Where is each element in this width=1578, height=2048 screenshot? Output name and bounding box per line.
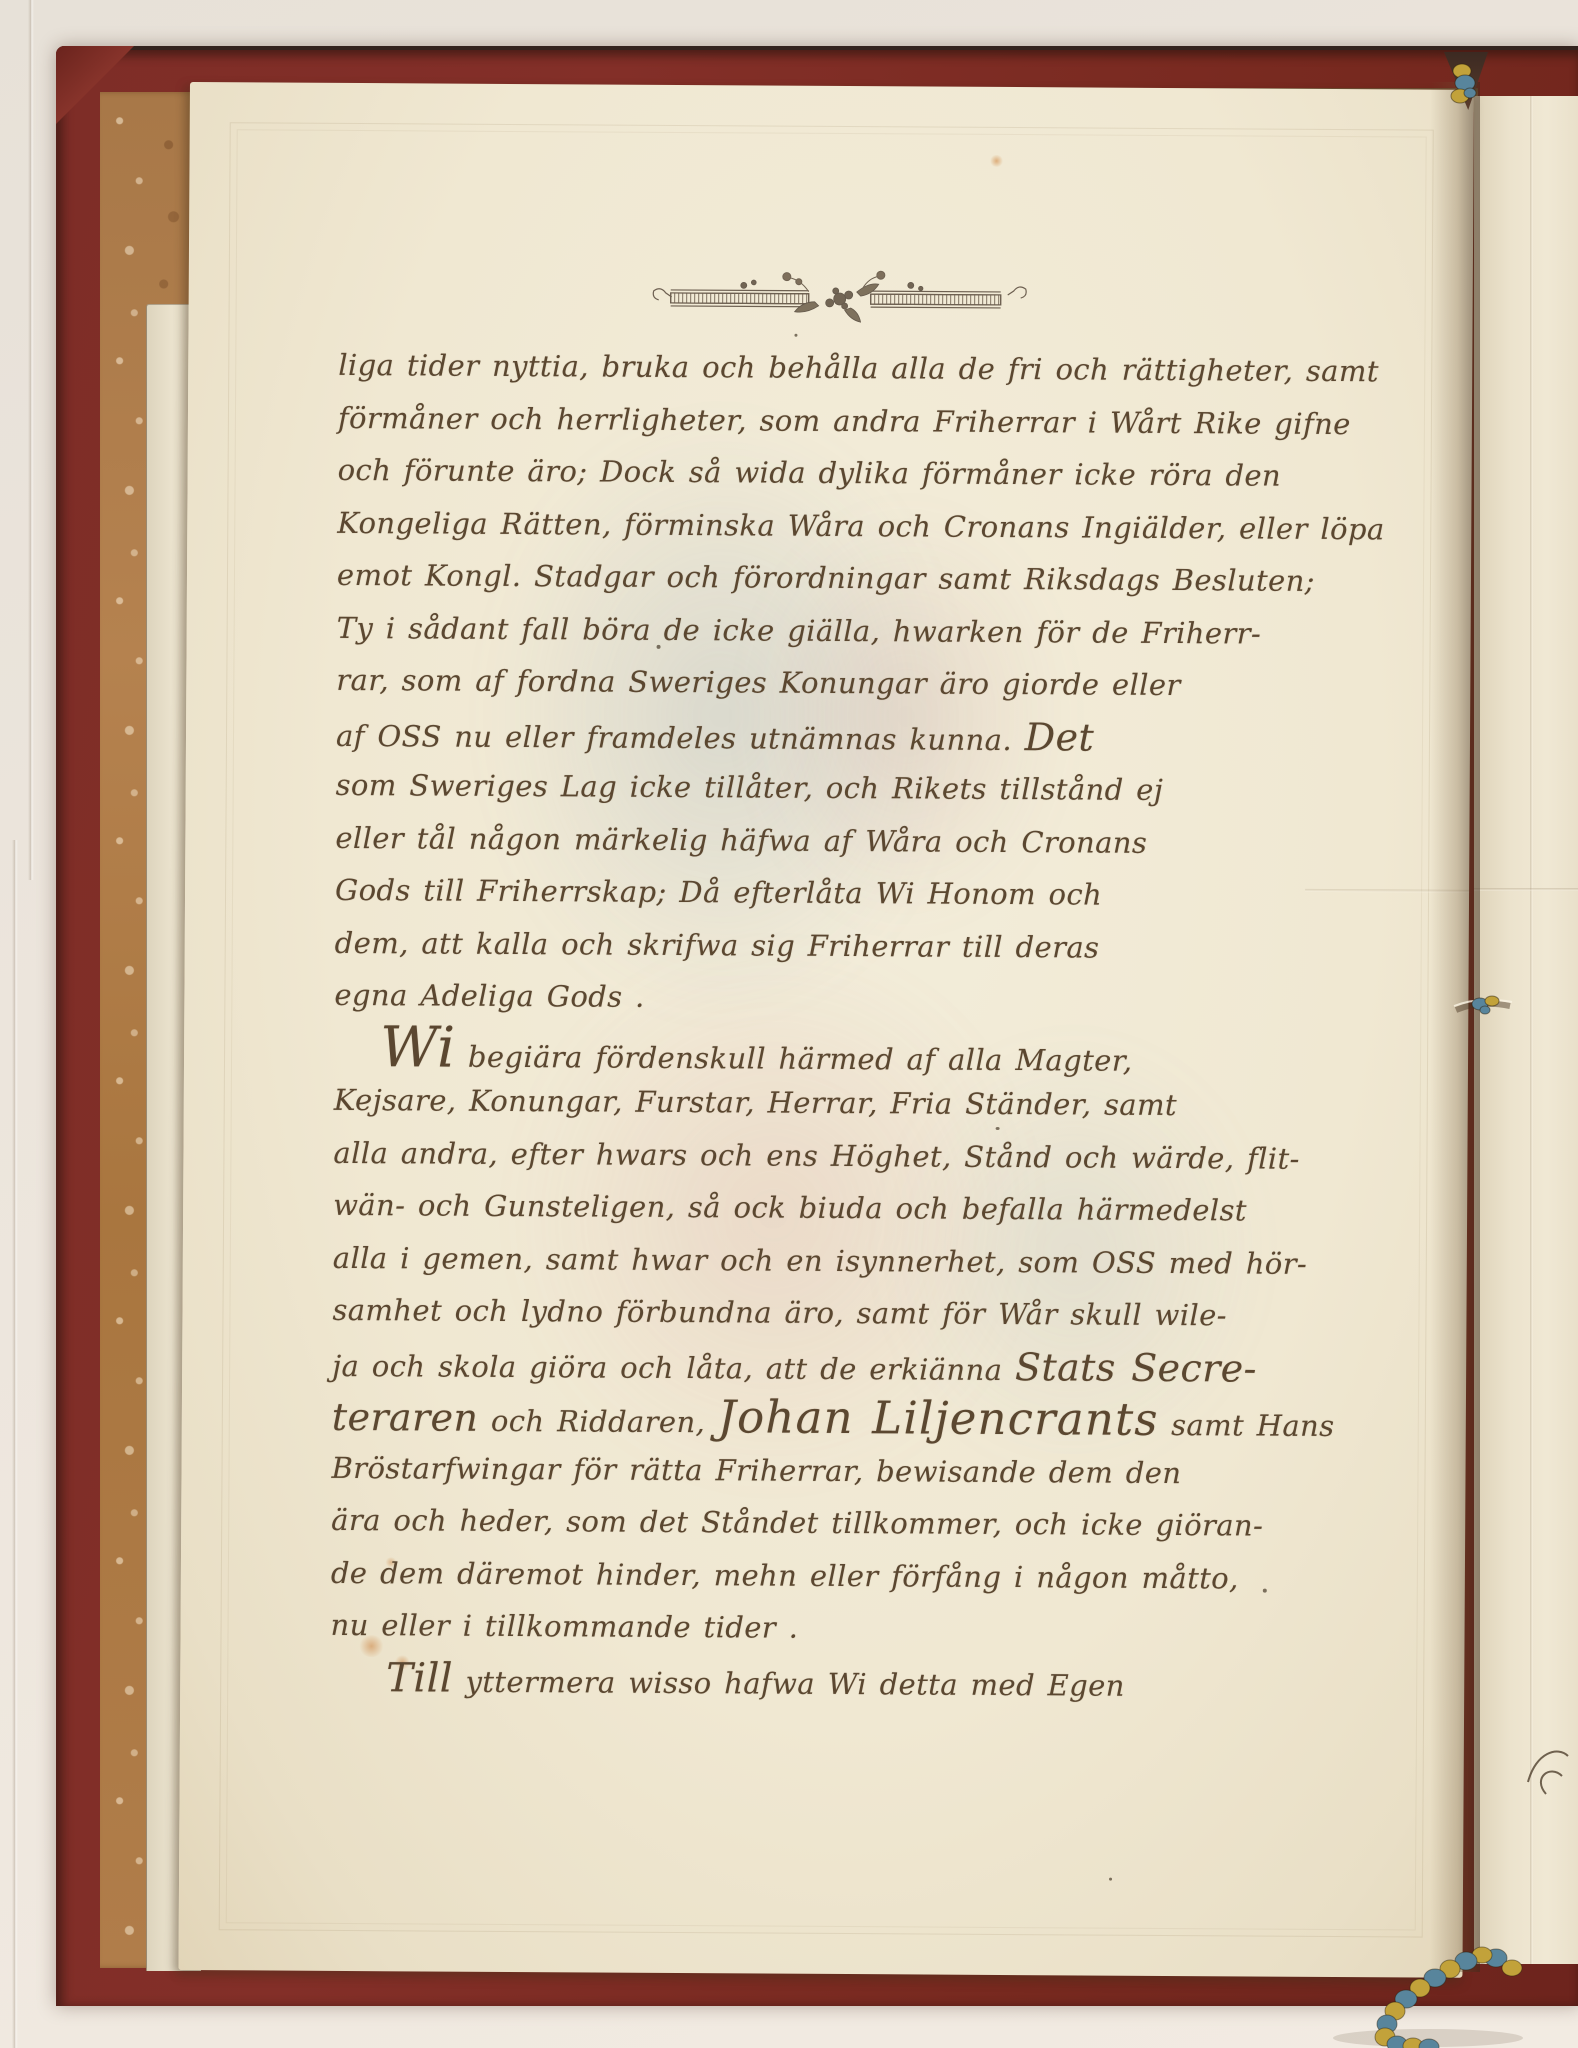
manuscript-line: Gods till Friherrskap; Då efterlåta Wi H… <box>335 864 1395 923</box>
manuscript-line: dem, att kalla och skrifwa sig Friherrar… <box>335 916 1395 975</box>
manuscript-line: liga tider nyttia, bruka och behålla all… <box>338 339 1398 398</box>
ink-speck <box>1109 1878 1112 1881</box>
manuscript-text-segment: eller tål någon märkelig häfwa af Wåra o… <box>335 820 1147 859</box>
manuscript-text-segment: emot Kongl. Stadgar och förordningar sam… <box>337 558 1315 598</box>
manuscript-line: förmåner och herrligheter, som andra Fri… <box>338 391 1398 450</box>
manuscript-text-segment: Ty i sådant fall böra de icke giälla, hw… <box>337 610 1262 650</box>
background-crease <box>12 840 18 2048</box>
foxing-stain <box>989 155 1003 167</box>
manuscript-text-segment: som Sweriges Lag icke tillåter, och Rike… <box>336 768 1164 807</box>
manuscript-text-segment: Kongeliga Rätten, förminska Wåra och Cro… <box>337 505 1385 545</box>
manuscript-text-segment: Gods till Friherrskap; Då efterlåta Wi H… <box>335 873 1102 912</box>
manuscript-line: ära och heder, som det Ståndet tillkomme… <box>331 1494 1391 1553</box>
manuscript-line: nu eller i tillkommande tider . <box>330 1599 1390 1658</box>
manuscript-text-segment: förmåner och herrligheter, som andra Fri… <box>338 400 1351 440</box>
manuscript-text-segment: wän- och Gunsteligen, så ock biuda och b… <box>333 1188 1247 1228</box>
ink-speck <box>794 334 797 337</box>
manuscript-line: ja och skola giöra och låta, att de erki… <box>332 1336 1392 1395</box>
manuscript-line: rar, som af fordna Sweriges Konungar äro… <box>336 654 1396 713</box>
manuscript-text-segment: alla i gemen, samt hwar och en isynnerhe… <box>333 1240 1308 1280</box>
facing-page-crease <box>1530 96 1533 1964</box>
manuscript-text-segment: de dem däremot hinder, mehn eller förfån… <box>331 1555 1239 1595</box>
manuscript-line: wän- och Gunsteligen, så ock biuda och b… <box>333 1179 1393 1238</box>
manuscript-page: liga tider nyttia, bruka och behålla all… <box>178 82 1474 1978</box>
manuscript-text-segment: begiära fördenskull härmed af alla Magte… <box>455 1039 1132 1077</box>
photographed-manuscript-scene: liga tider nyttia, bruka och behålla all… <box>0 0 1578 2048</box>
manuscript-text-segment: liga tider nyttia, bruka och behålla all… <box>338 348 1379 388</box>
manuscript-line: Ty i sådant fall böra de icke giälla, hw… <box>337 601 1397 660</box>
manuscript-line: egna Adeliga Gods . <box>334 969 1394 1028</box>
manuscript-line: emot Kongl. Stadgar och förordningar sam… <box>337 549 1397 608</box>
manuscript-line: Kejsare, Konungar, Furstar, Herrar, Fria… <box>334 1074 1394 1133</box>
floral-rule-ornament-icon <box>649 269 1031 329</box>
manuscript-text-segment: Kejsare, Konungar, Furstar, Herrar, Fria… <box>334 1083 1177 1122</box>
background-crease <box>28 0 34 880</box>
manuscript-text-segment: ära och heder, som det Ståndet tillkomme… <box>331 1503 1263 1543</box>
bookmark-cord-bottom-icon <box>1298 1942 1578 2048</box>
bookmark-cord-slit-icon <box>1450 980 1516 1032</box>
text-block: liga tider nyttia, bruka och behålla all… <box>330 339 1398 1710</box>
manuscript-text-segment: nu eller i tillkommande tider . <box>330 1608 798 1645</box>
manuscript-line: Wi begiära fördenskull härmed af alla Ma… <box>334 1021 1394 1080</box>
manuscript-text-segment: Wi <box>380 1015 456 1080</box>
manuscript-line: och förunte äro; Dock så wida dylika för… <box>337 444 1397 503</box>
manuscript-text-segment: Till <box>386 1655 453 1701</box>
manuscript-text-segment: Johan Liljencrants <box>718 1390 1159 1446</box>
manuscript-text-segment: dem, att kalla och skrifwa sig Friherrar… <box>335 925 1100 964</box>
manuscript-text-segment: af OSS nu eller framdeles utnämnas kunna… <box>336 718 1025 756</box>
facing-page-ink-flourish-icon <box>1516 1740 1578 1802</box>
manuscript-text-segment: egna Adeliga Gods . <box>334 978 645 1014</box>
manuscript-line: af OSS nu eller framdeles utnämnas kunna… <box>336 706 1396 765</box>
manuscript-text-segment: samt Hans <box>1158 1408 1334 1443</box>
manuscript-text-segment: och förunte äro; Dock så wida dylika för… <box>338 453 1282 493</box>
manuscript-text-segment: Bröstarfwingar för rätta Friherrar, bewi… <box>331 1450 1181 1489</box>
manuscript-text-segment: ja och skola giöra och låta, att de erki… <box>332 1348 1015 1386</box>
manuscript-line: teraren och Riddaren, Johan Liljencrants… <box>332 1389 1392 1448</box>
manuscript-text-segment: alla andra, efter hwars och ens Höghet, … <box>333 1135 1300 1175</box>
manuscript-line: Bröstarfwingar för rätta Friherrar, bewi… <box>331 1441 1391 1500</box>
manuscript-text-segment: rar, som af fordna Sweriges Konungar äro… <box>336 663 1181 702</box>
manuscript-text-segment: och Riddaren, <box>478 1404 718 1439</box>
manuscript-text-segment: Stats Secre- <box>1015 1345 1257 1390</box>
manuscript-line: de dem däremot hinder, mehn eller förfån… <box>331 1546 1391 1605</box>
facing-page-fold <box>1474 888 1578 891</box>
manuscript-line: eller tål någon märkelig häfwa af Wåra o… <box>335 811 1395 870</box>
manuscript-text-segment: Det <box>1025 715 1095 759</box>
manuscript-text-segment: yttermera wisso hafwa Wi detta med Egen <box>453 1664 1125 1702</box>
manuscript-line: alla i gemen, samt hwar och en isynnerhe… <box>333 1231 1393 1290</box>
manuscript-text-segment: teraren <box>332 1395 479 1440</box>
manuscript-text-segment: samhet och lydno förbundna äro, samt för… <box>332 1293 1227 1332</box>
manuscript-line: samhet och lydno förbundna äro, samt för… <box>332 1284 1392 1343</box>
manuscript-line: som Sweriges Lag icke tillåter, och Rike… <box>336 759 1396 818</box>
manuscript-line: Till yttermera wisso hafwa Wi detta med … <box>330 1651 1390 1710</box>
bookmark-cord-top-icon <box>1440 60 1488 112</box>
manuscript-line: Kongeliga Rätten, förminska Wåra och Cro… <box>337 496 1397 555</box>
manuscript-line: alla andra, efter hwars och ens Höghet, … <box>333 1126 1393 1185</box>
